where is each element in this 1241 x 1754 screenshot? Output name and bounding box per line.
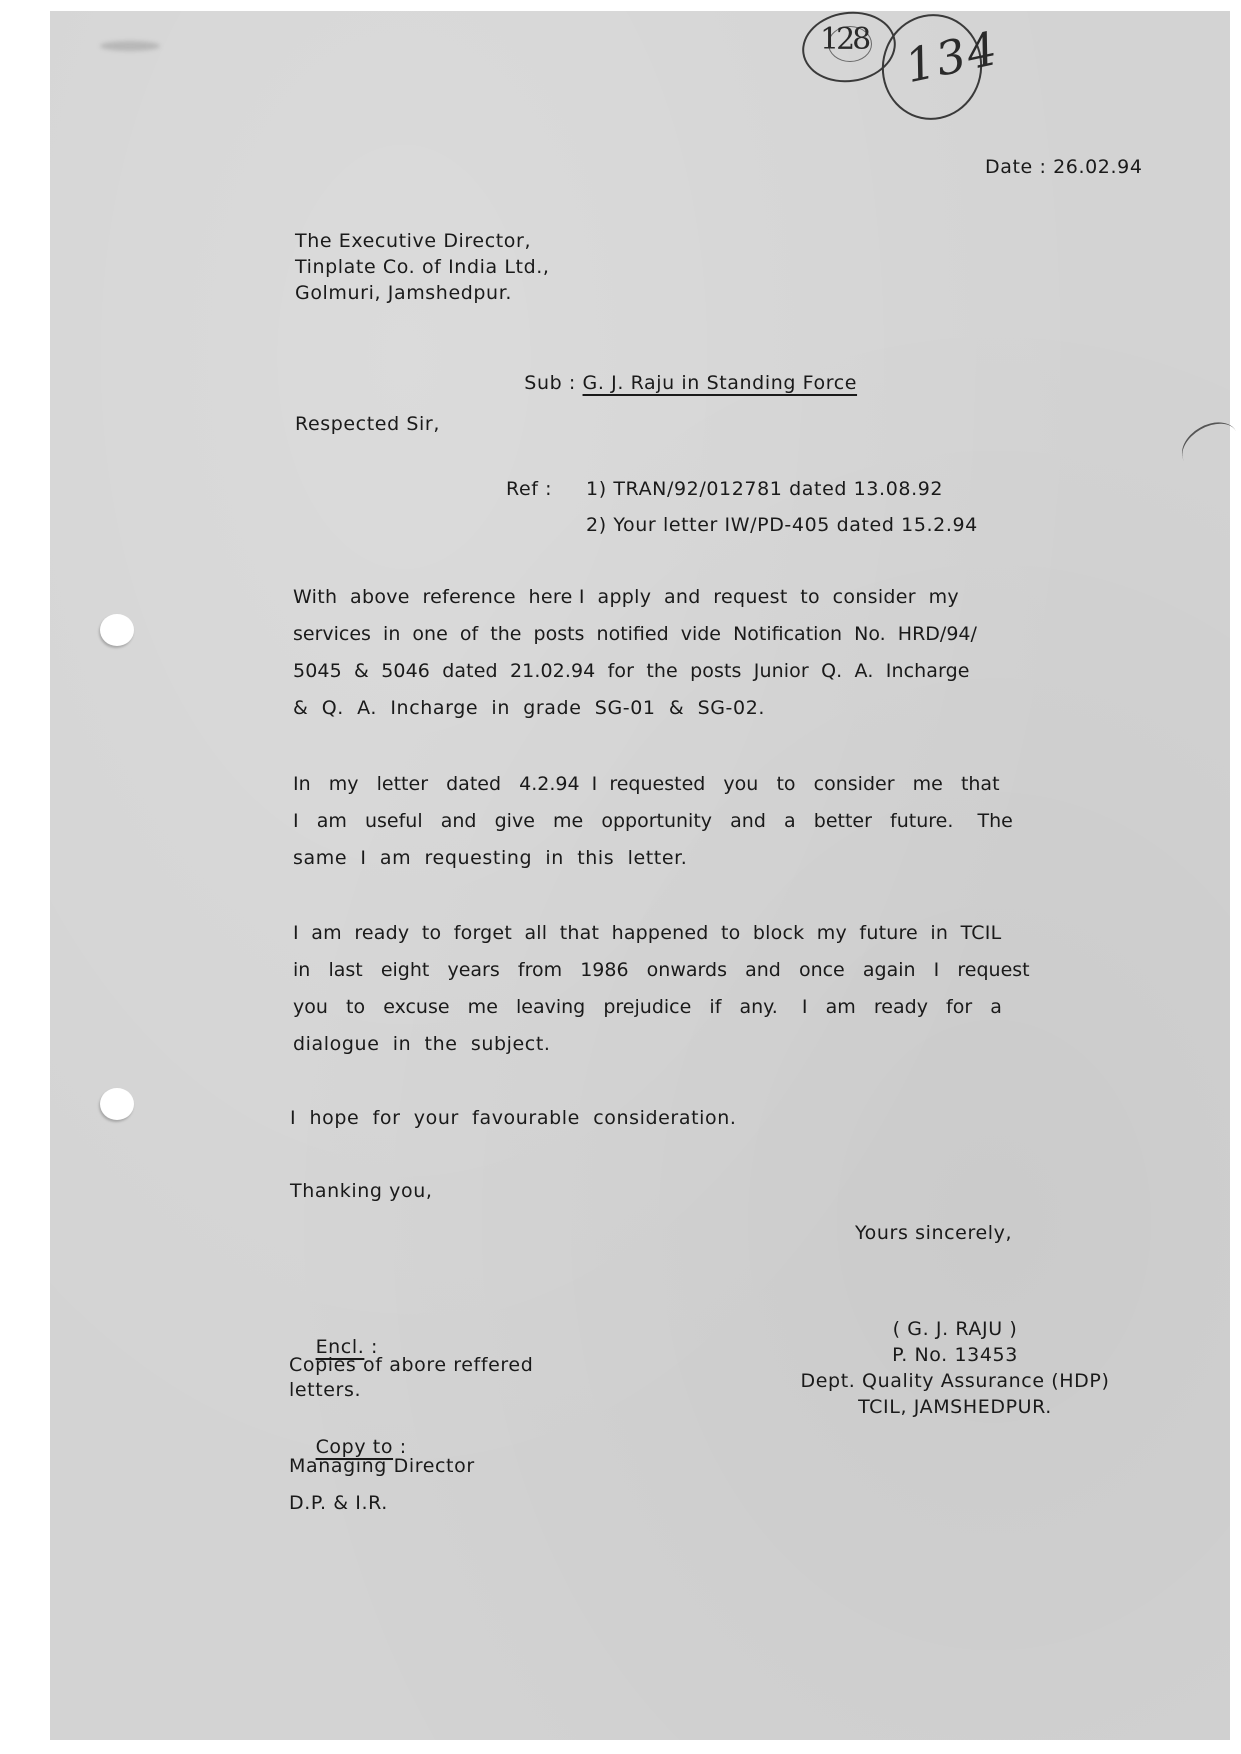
body-line: same I am requesting in this letter. [293,849,687,868]
closing-valediction: Yours sincerely, [855,1224,1012,1243]
signatory-name: ( G. J. RAJU ) [745,1320,1165,1346]
body-line: dialogue in the subject. [293,1035,551,1054]
signature-block: ( G. J. RAJU ) P. No. 13453 Dept. Qualit… [745,1320,1165,1424]
signatory-location: TCIL, JAMSHEDPUR. [745,1398,1165,1424]
signatory-personnel-number: P. No. 13453 [745,1346,1165,1372]
copy-to-recipient: D.P. & I.R. [289,1494,388,1513]
letter-date: Date : 26.02.94 [985,158,1143,177]
scanned-letter-page [50,11,1230,1740]
body-line: in last eight years from 1986 onwards an… [293,961,1030,980]
scan-smudge [100,41,160,51]
recipient-line: The Executive Director, [295,232,531,251]
body-line: you to excuse me leaving prejudice if an… [293,998,1002,1017]
body-line: In my letter dated 4.2.94 I requested yo… [293,775,1000,794]
subject-line: Sub : G. J. Raju in Standing Force [511,355,857,393]
subject-label: Sub : [524,372,582,394]
body-line: I hope for your favourable consideration… [290,1109,737,1128]
punch-hole [100,1088,134,1120]
body-line: 5045 & 5046 dated 21.02.94 for the posts… [293,662,970,681]
enclosure-line: Copies of abore reffered [289,1356,533,1375]
closing-thanks: Thanking you, [290,1182,433,1201]
punch-hole [100,614,134,646]
signatory-department: Dept. Quality Assurance (HDP) [745,1372,1165,1398]
body-line: With above reference here I apply and re… [293,588,959,607]
body-line: I am useful and give me opportunity and … [293,812,1013,831]
body-line: services in one of the posts notified vi… [293,625,977,644]
subject-text: G. J. Raju in Standing Force [583,372,858,394]
recipient-line: Golmuri, Jamshedpur. [295,284,512,303]
body-line: I am ready to forget all that happened t… [293,924,1001,943]
reference-label: Ref : [506,480,559,499]
body-line: & Q. A. Incharge in grade SG-01 & SG-02. [293,699,765,718]
reference-item: 1) TRAN/92/012781 dated 13.08.92 [586,480,943,499]
page-number-old: 128 [820,22,868,57]
recipient-line: Tinplate Co. of India Ltd., [295,258,550,277]
copy-to-recipient: Managing Director [289,1457,475,1476]
reference-item: 2) Your letter IW/PD-405 dated 15.2.94 [586,516,978,535]
salutation: Respected Sir, [295,415,440,434]
enclosure-line: letters. [289,1381,361,1400]
